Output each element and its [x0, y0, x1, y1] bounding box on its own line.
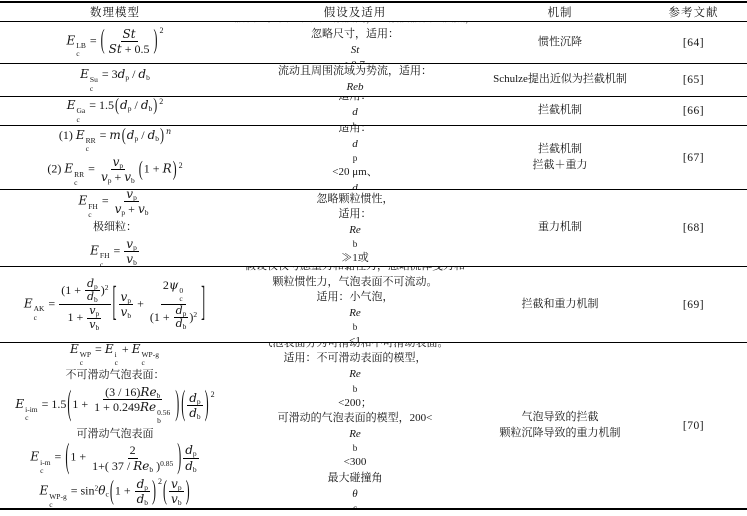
table-row: EFHc = vpvp + vb极细粒：EFHc = vpvb 假设0.001<…	[0, 190, 747, 267]
model-formula: ELBc = (StSt + 0.5)2	[0, 22, 230, 63]
assumptions-text: 假设碰撞发生在大小液滴间，小液滴假设为质点，忽略尺寸，适用：St>0.7	[230, 22, 480, 63]
reference-number: [67]	[640, 126, 747, 189]
table-header-row: 数理模型 假设及适用 机制 参考文献	[0, 3, 747, 22]
assumptions-text: 忽略颗粒惯性，颗粒跟随流线，气泡表面可流动且周围流域为势流，适用：Reb≫1	[230, 64, 480, 96]
assumptions-text: 假设气泡表面附近为斯托克斯流，忽略颗粒惯性，适用：db<100 μm	[230, 97, 480, 125]
header-mechanism: 机制	[480, 3, 640, 21]
table-row: (1) ERRc = m(dp / db)n(2) ERRc = vpvp + …	[0, 126, 747, 190]
mechanism-text: 惯性沉降	[480, 22, 640, 63]
reference-number: [65]	[640, 64, 747, 96]
assumptions-text: 假设忽略颗粒与流体间的疏水动力作用，气泡表面分为可滑动和不可滑动表面。适用：不可…	[230, 343, 480, 508]
reference-number: [64]	[640, 22, 747, 63]
model-formula: EFHc = vpvp + vb极细粒：EFHc = vpvb	[0, 190, 230, 266]
reference-number: [70]	[640, 343, 747, 508]
mechanism-text: Schulze提出近似为拦截机制	[480, 64, 640, 96]
mechanism-text: 重力机制	[480, 190, 640, 266]
table-row: EAKc = (1 + dpdb)21 + vpvb[vpvb + 2ψ0c(1…	[0, 267, 747, 343]
reference-number: [68]	[640, 190, 747, 266]
mechanism-text: 拦截和重力机制	[480, 267, 640, 342]
table-row: EGac = 1.5(dp / db)2 假设气泡表面附近为斯托克斯流，忽略颗粒…	[0, 97, 747, 126]
model-formula: ESuc = 3dp / db	[0, 64, 230, 96]
collision-models-table: 数理模型 假设及适用 机制 参考文献 ELBc = (StSt + 0.5)2 …	[0, 1, 747, 510]
assumptions-text: 假设仅仅考虑重力和黏性力，忽略流体曳力和颗粒惯性力，气泡表面不可流动。适用：小气…	[230, 267, 480, 342]
header-reference: 参考文献	[640, 3, 747, 21]
model-formula: EWPc = Eic + EWP-gc不可滑动气泡表面：Ei-imc = 1.5…	[0, 343, 230, 508]
model-formula: EAKc = (1 + dpdb)21 + vpvb[vpvb + 2ψ0c(1…	[0, 267, 230, 342]
assumptions-text: 假设颗粒跟随斯托克斯流线，忽略惯性作用，颗粒表面可不滑动，适用：dp<20 μm…	[230, 126, 480, 189]
table-row: ELBc = (StSt + 0.5)2 假设碰撞发生在大小液滴间，小液滴假设为…	[0, 22, 747, 64]
mechanism-text: 拦截机制拦截＋重力	[480, 126, 640, 189]
model-formula: EGac = 1.5(dp / db)2	[0, 97, 230, 125]
header-assumptions: 假设及适用	[230, 3, 480, 21]
table-row: ESuc = 3dp / db 忽略颗粒惯性，颗粒跟随流线，气泡表面可流动且周围…	[0, 64, 747, 97]
table-row: EWPc = Eic + EWP-gc不可滑动气泡表面：Ei-imc = 1.5…	[0, 343, 747, 508]
reference-number: [66]	[640, 97, 747, 125]
reference-number: [69]	[640, 267, 747, 342]
model-formula: (1) ERRc = m(dp / db)n(2) ERRc = vpvp + …	[0, 126, 230, 189]
mechanism-text: 拦截机制	[480, 97, 640, 125]
assumptions-text: 假设0.001<St<0.1时，忽略颗粒惯性，适用：Reb≫1或Reb<1	[230, 190, 480, 266]
mechanism-text: 气泡导致的拦截颗粒沉降导致的重力机制	[480, 343, 640, 508]
header-model: 数理模型	[0, 3, 230, 21]
